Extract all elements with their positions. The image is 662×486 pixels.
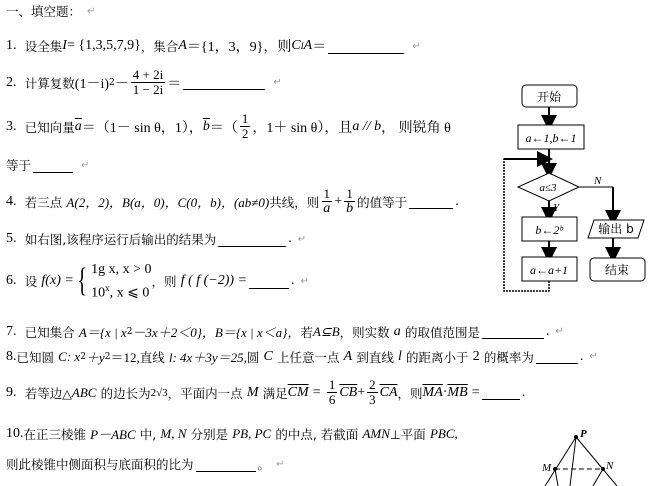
question-9: 9. 若等边△ ABC 的边长为 2√3 ，平面内一点 M 满足 CM = 16… (6, 378, 525, 407)
question-3-cont: 等于 ↵ (6, 156, 89, 174)
answer-blank-3[interactable] (33, 158, 73, 173)
svg-text:a←1,b←1: a←1,b←1 (526, 131, 577, 145)
svg-text:输出 b: 输出 b (598, 221, 633, 236)
question-8: 8. 已知圆 C: x2 ＋y2 ＝12, 直线 l: 4x＋3y＝25, 圆 … (6, 347, 598, 366)
question-2: 2. 计算复数 (1－i)2 － 4 + 2i 1 − 2i ＝ ↵ (6, 68, 282, 97)
question-1: 1. 设全集 I = {1,3,5,7,9} ，集合 A ＝{1，3，9}，则 … (6, 36, 421, 56)
question-10-cont: 则此棱锥中侧面积与底面积的比为 。 ↵ (6, 455, 284, 473)
answer-blank-5[interactable] (218, 232, 286, 247)
answer-blank-4[interactable] (409, 194, 453, 209)
section-title: 一、填空题： ↵ (6, 2, 95, 20)
svg-text:P: P (580, 428, 587, 440)
question-10: 10. 在正三棱锥 P－ABC 中, M, N 分别是 PB, PC 的中点, … (6, 424, 458, 443)
answer-blank-1[interactable] (328, 39, 404, 54)
flowchart: 开始 a←1,b←1 a≤3 N Y b←2ᵇ a←a+1 输出 b 结束 (490, 75, 662, 295)
piecewise-function: { 1g x, x > 0 10x, x ⩽ 0 (74, 260, 152, 303)
svg-text:a←a+1: a←a+1 (530, 263, 568, 277)
svg-text:a≤3: a≤3 (539, 182, 557, 194)
question-5: 5. 如右图,该程序运行后输出的结果为 . ↵ (6, 230, 306, 248)
svg-text:结束: 结束 (605, 262, 629, 277)
svg-text:M: M (541, 462, 552, 474)
answer-blank-6[interactable] (249, 274, 289, 289)
answer-blank-9[interactable] (482, 385, 520, 400)
question-7: 7. 已知集合 A＝{x | x2 －3x＋2＜0}，B＝{x | x＜a}， … (6, 322, 564, 341)
answer-blank-2[interactable] (183, 75, 265, 90)
question-4: 4. 若三点 A(2，2)，B(a，0)，C(0，b)，(ab≠0) 共线，则 … (6, 187, 459, 216)
return-mark: ↵ (87, 6, 95, 17)
question-6: 6. 设 f(x) = { 1g x, x > 0 10x, x ⩽ 0 ，则 … (6, 260, 309, 303)
answer-blank-7[interactable] (482, 324, 544, 339)
fraction: 1 2 (240, 112, 251, 141)
svg-text:开始: 开始 (537, 89, 562, 104)
svg-text:N: N (593, 175, 602, 187)
svg-text:Y: Y (553, 202, 561, 214)
pyramid-figure: P M N (520, 420, 662, 486)
svg-text:N: N (605, 460, 614, 472)
svg-text:b←2ᵇ: b←2ᵇ (535, 223, 563, 237)
question-3: 3. 已知向量 a ＝（1－ sin θ，1）， b ＝（ 1 2 ，1＋ si… (6, 112, 451, 141)
fraction: 4 + 2i 1 − 2i (131, 68, 165, 97)
answer-blank-8[interactable] (536, 349, 578, 364)
answer-blank-10[interactable] (196, 457, 256, 472)
